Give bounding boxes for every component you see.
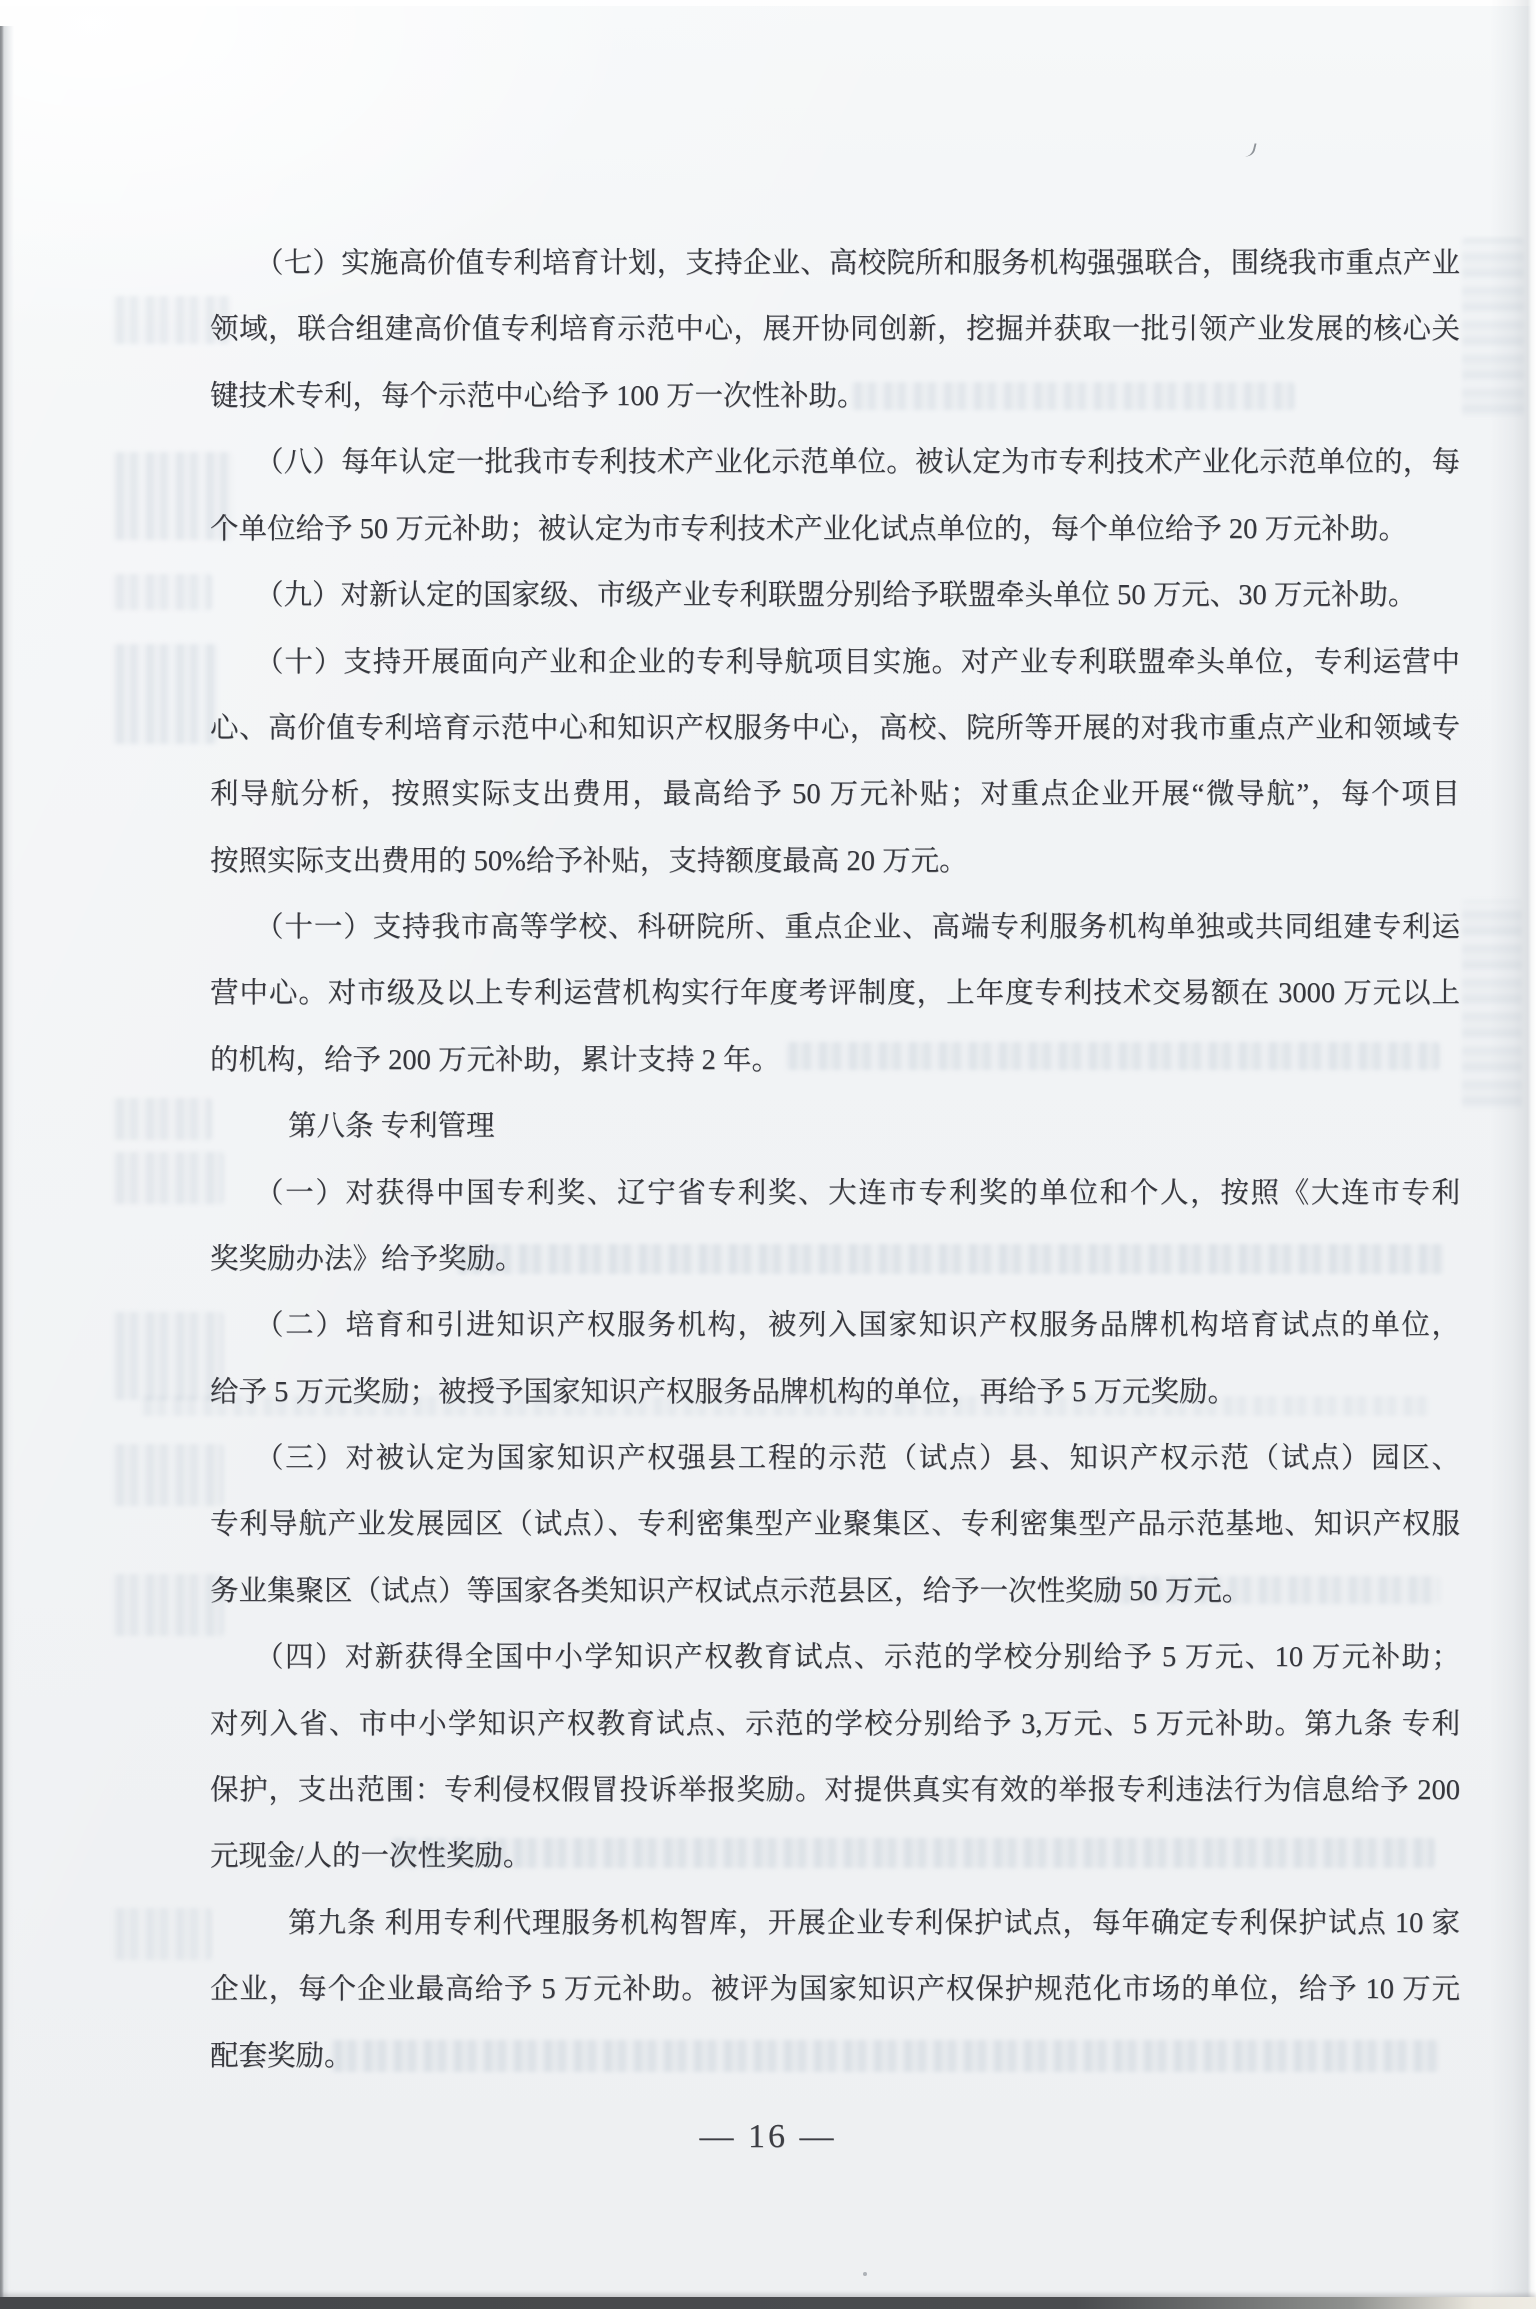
- text-line: （十一）支持我市高等学校、科研院所、重点企业、高端专利服务机构单独或共同组建专利…: [210, 911, 1460, 945]
- bleed-through-smudge: [112, 1152, 224, 1204]
- text-line: （一）对获得中国专利奖、辽宁省专利奖、大连市专利奖的单位和个人，按照《大连市专利: [210, 1177, 1460, 1211]
- text-line: 企业，每个企业最高给予 5 万元补助。被评为国家知识产权保护规范化市场的单位，给…: [210, 1973, 1460, 2007]
- text-line: 第九条 利用专利代理服务机构智库，开展企业专利保护试点，每年确定专利保护试点 1…: [210, 1907, 1460, 1941]
- page-number: — 16 —: [0, 2118, 1536, 2156]
- text-line: 利导航分析，按照实际支出费用，最高给予 50 万元补贴；对重点企业开展“微导航”…: [210, 778, 1460, 812]
- text-line: 领域，联合组建高价值专利培育示范中心，展开协同创新，挖掘并获取一批引领产业发展的…: [210, 313, 1460, 347]
- scanned-document-page: （七）实施高价值专利培育计划，支持企业、高校院所和服务机构强强联合，围绕我市重点…: [0, 0, 1536, 2309]
- text-line: （八）每年认定一批我市专利技术产业化示范单位。被认定为市专利技术产业化示范单位的…: [210, 446, 1460, 480]
- text-line: 营中心。对市级及以上专利运营机构实行年度考评制度，上年度专利技术交易额在 300…: [210, 977, 1460, 1011]
- text-line: 配套奖励。: [210, 2040, 1460, 2074]
- text-line: （四）对新获得全国中小学知识产权教育试点、示范的学校分别给予 5 万元、10 万…: [210, 1641, 1460, 1675]
- bleed-through-smudge: [112, 1098, 212, 1140]
- text-line: 务业集聚区（试点）等国家各类知识产权试点示范县区，给予一次性奖励 50 万元。: [210, 1575, 1460, 1609]
- text-line: （九）对新认定的国家级、市级产业专利联盟分别给予联盟牵头单位 50 万元、30 …: [210, 579, 1460, 613]
- bleed-through-smudge: [112, 644, 217, 744]
- text-line: 给予 5 万元奖励；被授予国家知识产权服务品牌机构的单位，再给予 5 万元奖励。: [210, 1376, 1460, 1410]
- text-line: 对列入省、市中小学知识产权教育试点、示范的学校分别给予 3,万元、5 万元补助。…: [210, 1708, 1460, 1742]
- scan-edge-top: [0, 0, 1536, 6]
- bleed-through-smudge: [112, 1444, 224, 1506]
- stray-mark: [1241, 141, 1256, 158]
- scan-edge-bottom: [0, 2297, 1536, 2309]
- text-line: 元现金/人的一次性奖励。: [210, 1840, 1460, 1874]
- text-line: 的机构，给予 200 万元补助，累计支持 2 年。: [210, 1044, 1460, 1078]
- bleed-through-smudge: [112, 1312, 224, 1400]
- scan-edge-left: [0, 26, 14, 2309]
- text-line: 奖奖励办法》给予奖励。: [210, 1243, 1460, 1277]
- text-line: 键技术专利，每个示范中心给予 100 万一次性补助。: [210, 380, 1460, 414]
- text-line: 个单位给予 50 万元补助；被认定为市专利技术产业化试点单位的，每个单位给予 2…: [210, 513, 1460, 547]
- text-line: 专利导航产业发展园区（试点）、专利密集型产业聚集区、专利密集型产品示范基地、知识…: [210, 1508, 1460, 1542]
- bleed-through-smudge: [112, 1574, 224, 1636]
- text-line: （十）支持开展面向产业和企业的专利导航项目实施。对产业专利联盟牵头单位，专利运营…: [210, 646, 1460, 680]
- bleed-through-smudge: [112, 574, 212, 610]
- bleed-through-smudge: [112, 1908, 212, 1960]
- text-line: 保护，支出范围：专利侵权假冒投诉举报奖励。对提供真实有效的举报专利违法行为信息给…: [210, 1774, 1460, 1808]
- scan-edge-right: [1490, 0, 1536, 2309]
- stray-mark: [863, 2272, 867, 2276]
- text-line: 按照实际支出费用的 50%给予补贴，支持额度最高 20 万元。: [210, 845, 1460, 879]
- text-line: （七）实施高价值专利培育计划，支持企业、高校院所和服务机构强强联合，围绕我市重点…: [210, 247, 1460, 281]
- text-line: （三）对被认定为国家知识产权强县工程的示范（试点）县、知识产权示范（试点）园区、: [210, 1442, 1460, 1476]
- text-line: （二）培育和引进知识产权服务机构，被列入国家知识产权服务品牌机构培育试点的单位，: [210, 1309, 1460, 1343]
- text-line: 心、高价值专利培育示范中心和知识产权服务中心，高校、院所等开展的对我市重点产业和…: [210, 712, 1460, 746]
- section-heading: 第八条 专利管理: [210, 1110, 1460, 1144]
